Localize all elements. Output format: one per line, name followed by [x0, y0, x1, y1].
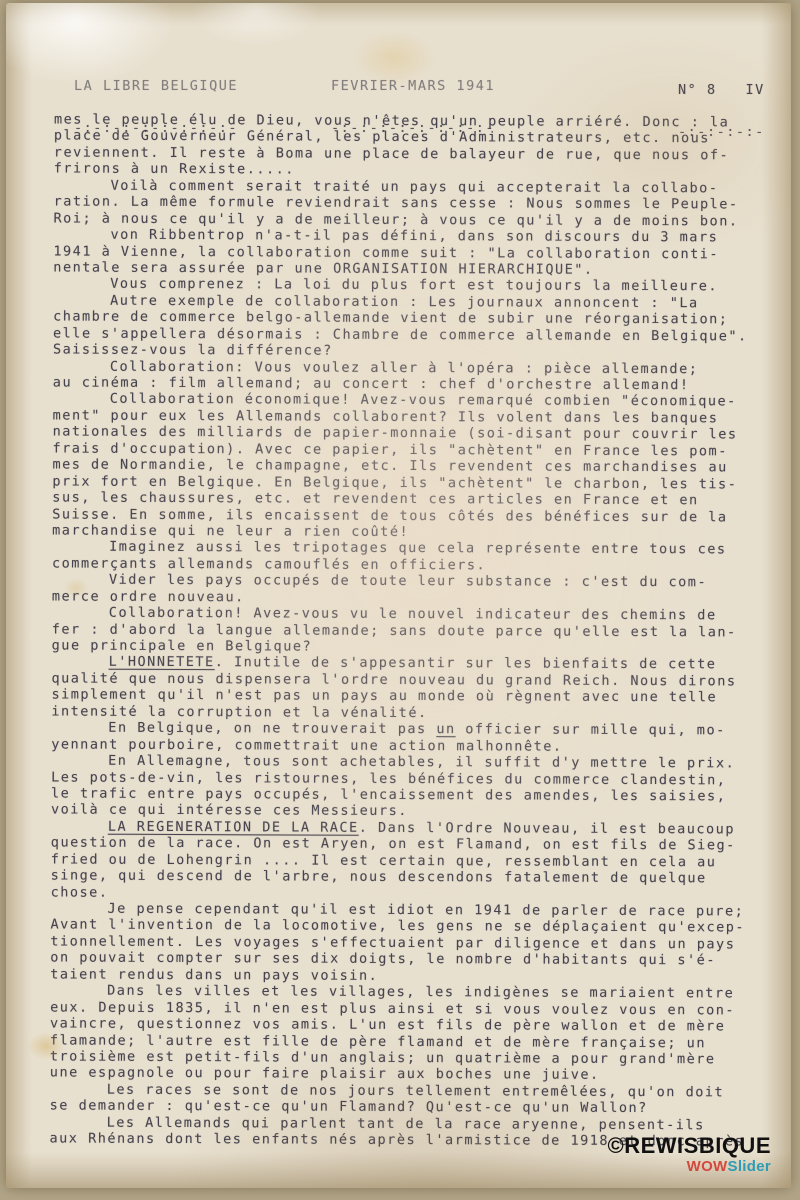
text-segment: officier sur mille qui, mo- [456, 721, 726, 738]
document-page: LA LIBRE BELGIQUE -:-:-:-:-:-:-:-:- FEVR… [6, 3, 791, 1188]
watermark: ©REWISBIQUE WOWSlider [608, 1135, 772, 1174]
text-segment: chose. [51, 884, 109, 900]
watermark-slider-text: Slider [728, 1158, 771, 1175]
watermark-slider: WOWSlider [608, 1159, 772, 1174]
issue-number: N° 8 IV [678, 83, 765, 97]
text-segment: intensité la corruption et la vénalité. [51, 703, 427, 721]
text-segment: Collaboration: Vous voulez aller à l'opé… [110, 358, 699, 377]
text-segment: taient rendus dans un pays voisin. [50, 966, 378, 983]
text-segment: . Inutile de s'appesantir sur les bienfa… [215, 655, 717, 673]
text-segment: . Dans l'Ordre Nouveau, il est beaucoup [359, 820, 735, 838]
newspaper-title: LA LIBRE BELGIQUE [74, 79, 238, 93]
underlined-heading: un [436, 721, 455, 737]
text-segment: frirons à un Rexiste..... [54, 161, 295, 178]
issue-date: FEVRIER-MARS 1941 [331, 79, 495, 93]
text-segment: gue principale en Belgique? [52, 637, 313, 654]
text-segment: une espagnole ou pour faire plaisir aux … [50, 1065, 600, 1083]
text-segment: Saisissez-vous la différence? [53, 342, 333, 359]
text-segment: commerçants allemands camouflés en offic… [52, 555, 486, 573]
watermark-wow: WOW [687, 1158, 728, 1175]
watermark-brand: ©REWISBIQUE [608, 1135, 772, 1157]
text-line: singe, qui descend de l'arbre, nous desc… [51, 868, 763, 888]
text-segment: se demander : qu'est-ce qu'un Flamand? Q… [50, 1098, 648, 1117]
text-segment: marchandise qui ne leur a rien coûté! [52, 522, 409, 540]
text-segment: voilà ce qui intéresse ces Messieurs. [51, 802, 408, 820]
body-text: mes le peuple élu de Dieu, vous n'êtes q… [49, 111, 766, 1150]
scanned-document: { "header": { "left": {"title": "LA LIBR… [0, 0, 800, 1200]
text-segment: singe, qui descend de l'arbre, nous desc… [51, 868, 707, 887]
text-segment: yennant pourboire, commettrait une actio… [51, 736, 562, 754]
underlined-heading: L'HONNETETE [109, 654, 215, 670]
text-segment: Vider les pays occupés de toute leur sub… [109, 572, 707, 591]
underlined-heading: LA REGENERATION DE LA RACE [108, 819, 359, 836]
text-segment: En Belgique, on ne trouverait pas [108, 720, 436, 737]
text-segment: merce ordre nouveau. [52, 588, 245, 605]
